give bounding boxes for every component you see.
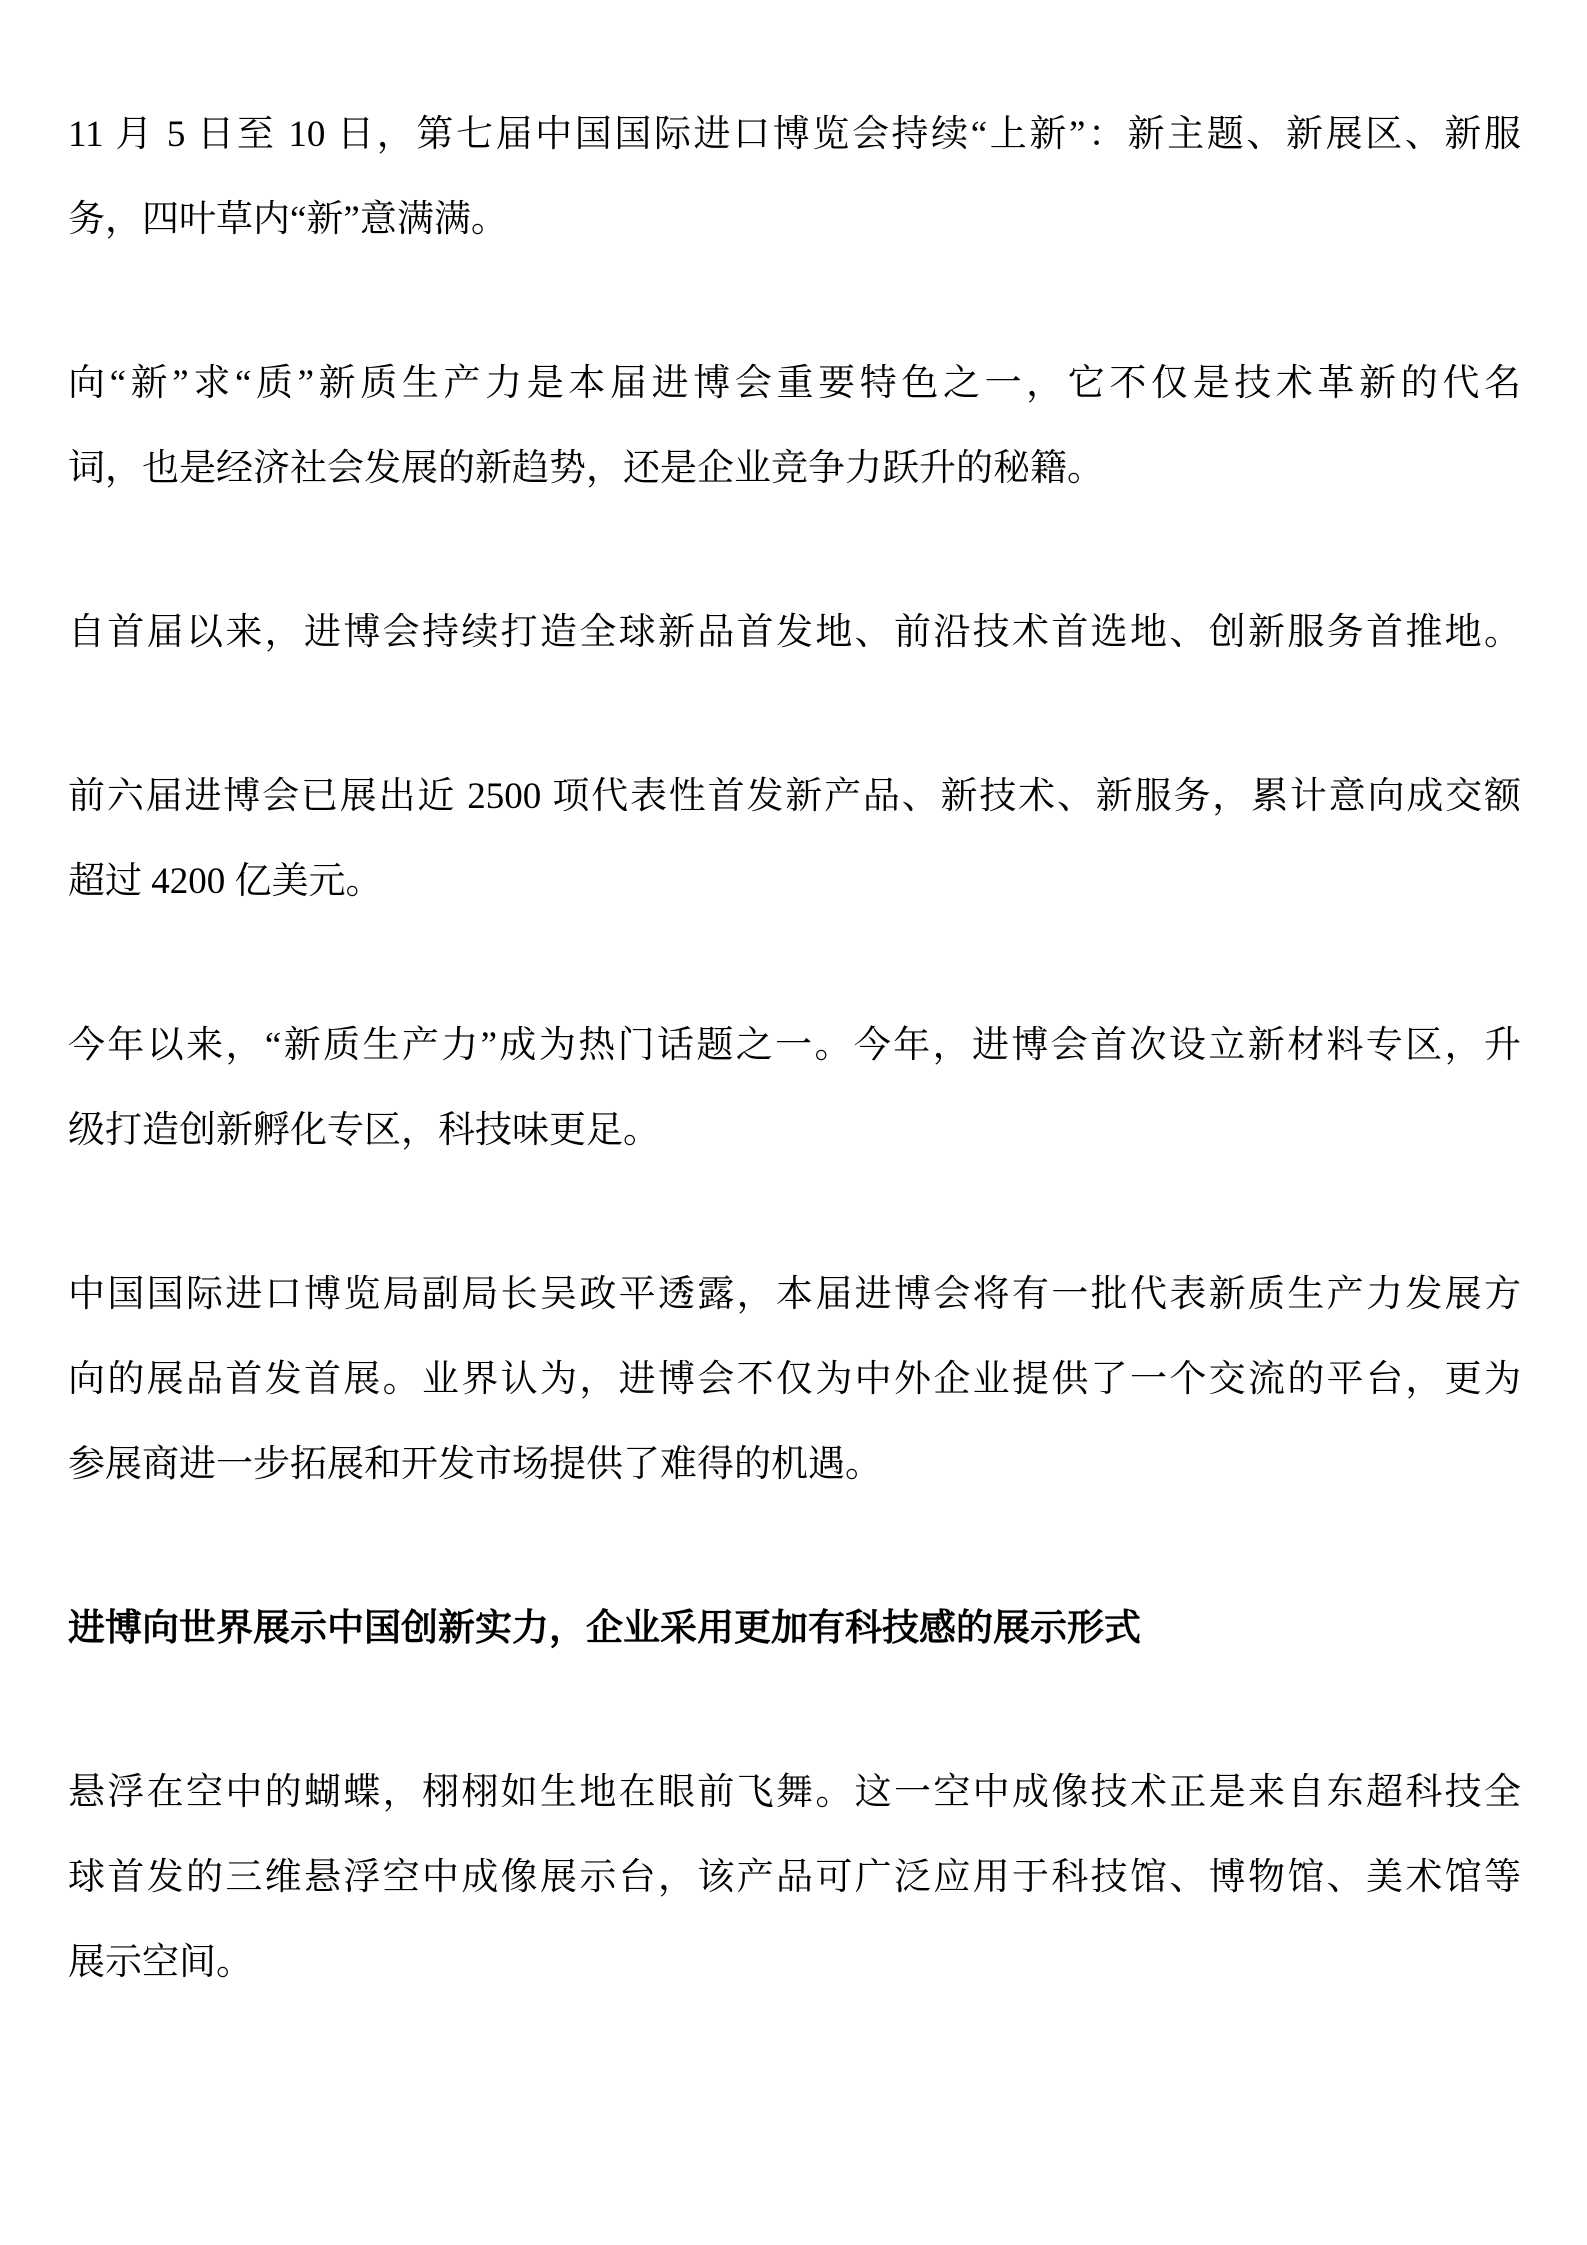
text-line: 中国国际进口博览局副局长吴政平透露，本届进博会将有一批代表新质生产力发展方 <box>68 1252 1521 1337</box>
text-line: 前六届进博会已展出近 2500 项代表性首发新产品、新技术、新服务，累计意向成交… <box>68 754 1521 839</box>
text-line: 自首届以来，进博会持续打造全球新品首发地、前沿技术首选地、创新服务首推地。 <box>68 590 1521 675</box>
paragraph-3: 自首届以来，进博会持续打造全球新品首发地、前沿技术首选地、创新服务首推地。 <box>68 590 1521 675</box>
text-line: 务，四叶草内“新”意满满。 <box>68 177 1521 262</box>
paragraph-1: 11 月 5 日至 10 日，第七届中国国际进口博览会持续“上新”：新主题、新展… <box>68 92 1521 262</box>
text-line: 展示空间。 <box>68 1920 1521 2005</box>
text-line: 级打造创新孵化专区，科技味更足。 <box>68 1088 1521 1173</box>
text-line: 词，也是经济社会发展的新趋势，还是企业竞争力跃升的秘籍。 <box>68 426 1521 511</box>
heading-text: 进博向世界展示中国创新实力，企业采用更加有科技感的展示形式 <box>68 1586 1521 1671</box>
document-page: 11 月 5 日至 10 日，第七届中国国际进口博览会持续“上新”：新主题、新展… <box>0 0 1587 2245</box>
section-heading: 进博向世界展示中国创新实力，企业采用更加有科技感的展示形式 <box>68 1586 1521 1671</box>
paragraph-4: 前六届进博会已展出近 2500 项代表性首发新产品、新技术、新服务，累计意向成交… <box>68 754 1521 924</box>
text-line: 向“新”求“质”新质生产力是本届进博会重要特色之一，它不仅是技术革新的代名 <box>68 341 1521 426</box>
paragraph-5: 今年以来，“新质生产力”成为热门话题之一。今年，进博会首次设立新材料专区，升 级… <box>68 1003 1521 1173</box>
text-line: 11 月 5 日至 10 日，第七届中国国际进口博览会持续“上新”：新主题、新展… <box>68 92 1521 177</box>
paragraph-7: 悬浮在空中的蝴蝶，栩栩如生地在眼前飞舞。这一空中成像技术正是来自东超科技全 球首… <box>68 1750 1521 2005</box>
text-line: 超过 4200 亿美元。 <box>68 839 1521 924</box>
text-line: 悬浮在空中的蝴蝶，栩栩如生地在眼前飞舞。这一空中成像技术正是来自东超科技全 <box>68 1750 1521 1835</box>
paragraph-2: 向“新”求“质”新质生产力是本届进博会重要特色之一，它不仅是技术革新的代名 词，… <box>68 341 1521 511</box>
text-line: 向的展品首发首展。业界认为，进博会不仅为中外企业提供了一个交流的平台，更为 <box>68 1337 1521 1422</box>
text-line: 球首发的三维悬浮空中成像展示台，该产品可广泛应用于科技馆、博物馆、美术馆等 <box>68 1835 1521 1920</box>
paragraph-6: 中国国际进口博览局副局长吴政平透露，本届进博会将有一批代表新质生产力发展方 向的… <box>68 1252 1521 1507</box>
text-line: 今年以来，“新质生产力”成为热门话题之一。今年，进博会首次设立新材料专区，升 <box>68 1003 1521 1088</box>
text-line: 参展商进一步拓展和开发市场提供了难得的机遇。 <box>68 1422 1521 1507</box>
